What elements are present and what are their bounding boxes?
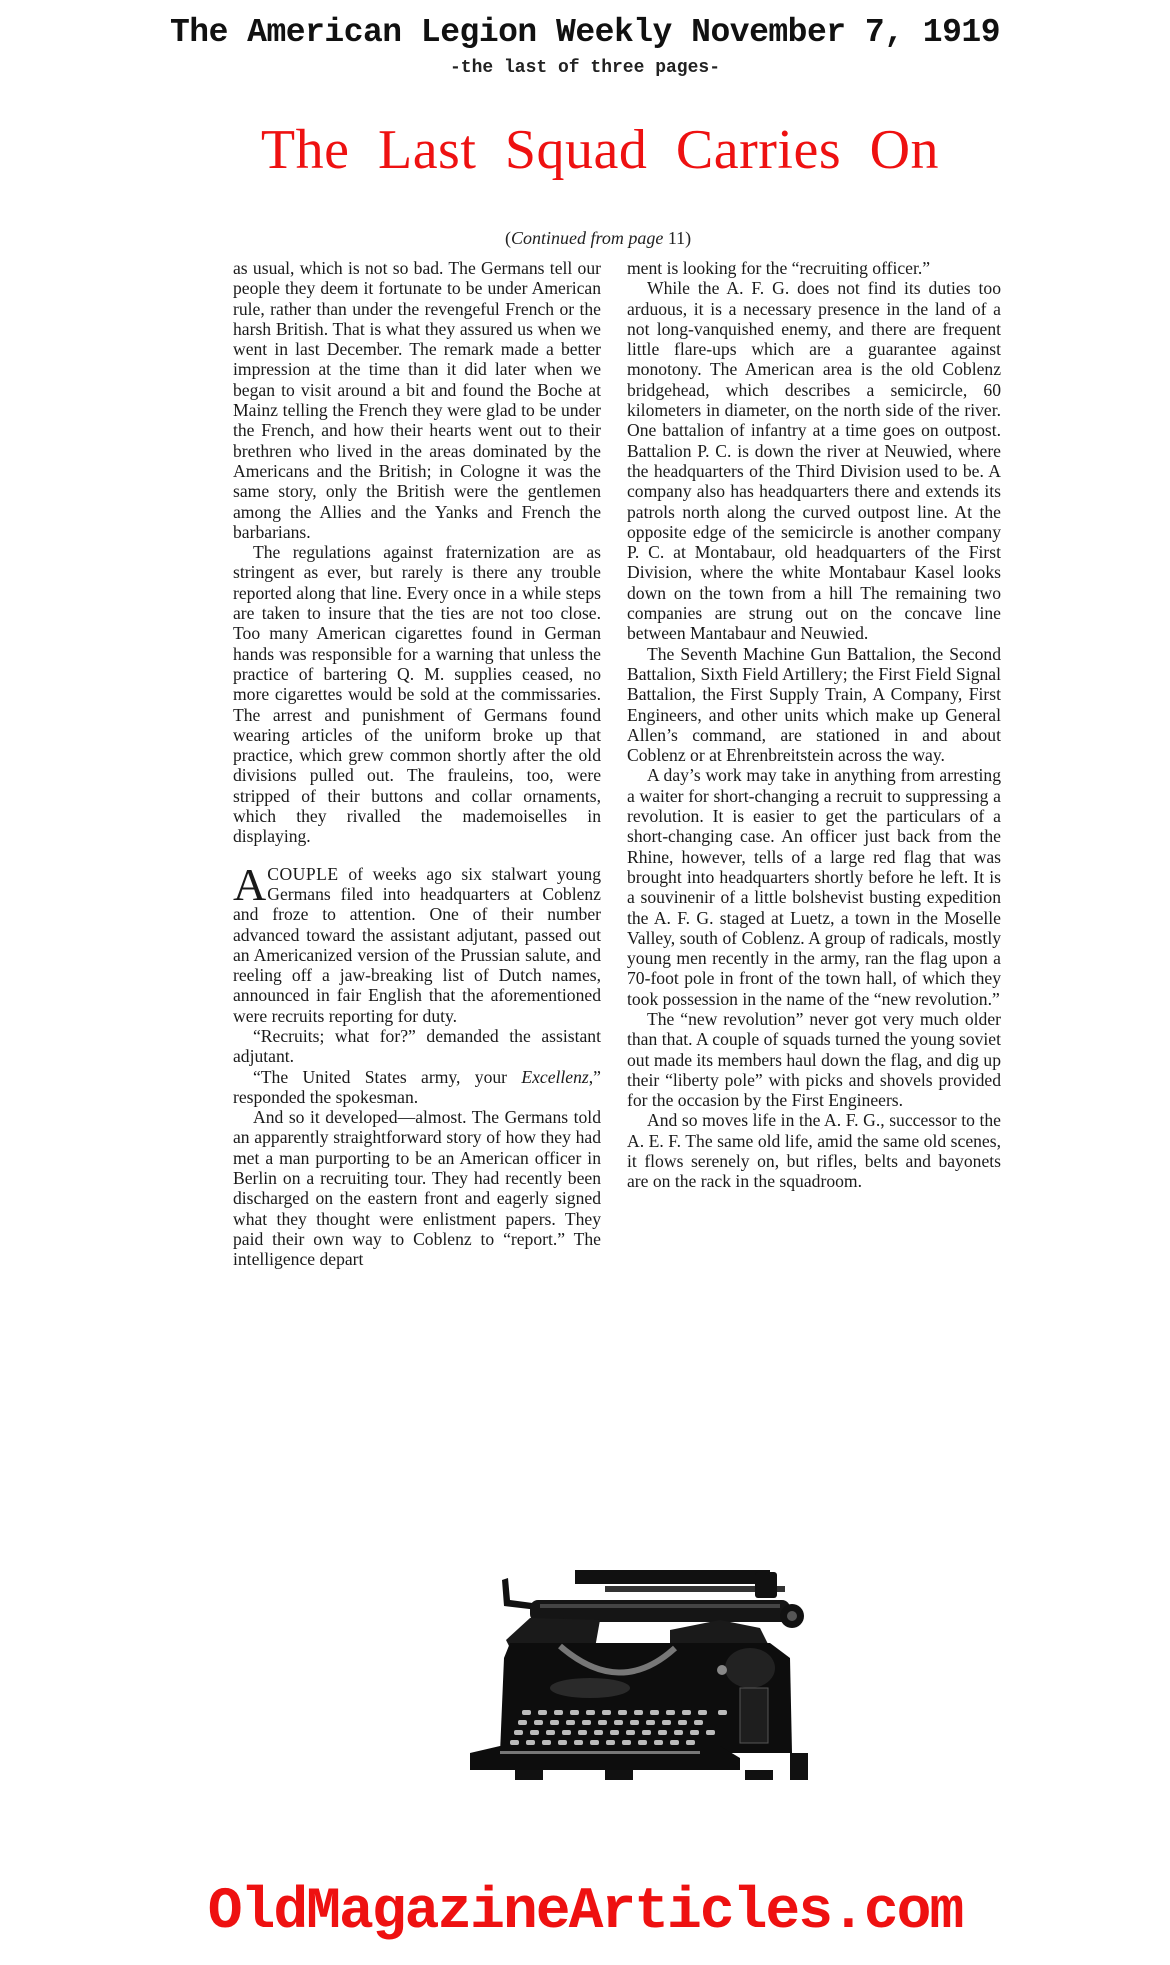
page-subtitle: -the last of three pages- xyxy=(0,58,1170,78)
paragraph: The Seventh Machine Gun Battalion, the S… xyxy=(627,644,1001,766)
italic-word: Excel­lenz xyxy=(521,1067,588,1087)
paragraph: “The United States army, your Excel­lenz… xyxy=(233,1067,601,1108)
watermark-footer: OldMagazineArticles.com xyxy=(0,1880,1170,1945)
continued-page-number: 11) xyxy=(663,228,691,248)
paragraph-text: of weeks ago six stalwart young Germans … xyxy=(233,864,601,1026)
continued-label: Continued from page xyxy=(511,228,663,248)
drop-cap: A xyxy=(233,867,266,903)
article-column-right: ment is looking for the “recruiting offi… xyxy=(627,258,1001,1192)
paragraph: While the A. F. G. does not find its dut… xyxy=(627,278,1001,643)
paragraph-text: “The United States army, your xyxy=(253,1067,521,1087)
paragraph: A day’s work may take in anything from a… xyxy=(627,765,1001,1009)
typewriter-icon xyxy=(470,1548,810,1780)
paragraph: And so moves life in the A. F. G., suc­c… xyxy=(627,1110,1001,1191)
paragraph: ment is looking for the “recruiting offi… xyxy=(627,258,1001,278)
paragraph: The “new revolution” never got very much… xyxy=(627,1009,1001,1110)
small-caps-lead: COUPLE xyxy=(267,864,338,884)
paragraph: “Recruits; what for?” demanded the assis… xyxy=(233,1026,601,1067)
article-column-left: as usual, which is not so bad. The Germa… xyxy=(233,258,601,1270)
paragraph-section-start: ACOUPLE of weeks ago six stalwart young … xyxy=(233,864,601,1026)
article-title: The Last Squad Carries On xyxy=(0,118,1170,182)
paragraph: as usual, which is not so bad. The Germa… xyxy=(233,258,601,542)
continued-from-note: (Continued from page 11) xyxy=(505,228,691,249)
paragraph: And so it developed—almost. The Germans … xyxy=(233,1107,601,1269)
publication-masthead: The American Legion Weekly November 7, 1… xyxy=(0,14,1170,51)
paragraph: The regulations against fraternization a… xyxy=(233,542,601,846)
